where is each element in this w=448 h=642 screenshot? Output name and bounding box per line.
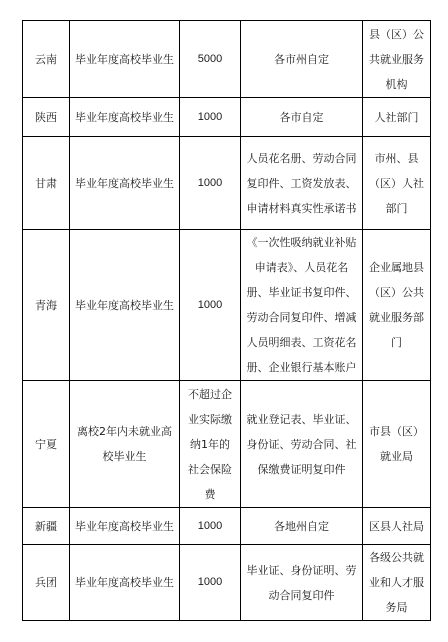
province-cell: 云南 bbox=[23, 21, 70, 98]
department-cell: 各级公共就业和人才服务局 bbox=[363, 545, 431, 621]
department-cell: 人社部门 bbox=[363, 98, 431, 137]
table-row-yunnan: 云南 毕业年度高校毕业生 5000 各市州自定 县（区）公共就业服务机构 bbox=[23, 21, 431, 98]
target-cell: 毕业年度高校毕业生 bbox=[70, 98, 180, 137]
department-cell: 市州、县（区）人社部门 bbox=[363, 137, 431, 230]
province-cell: 陕西 bbox=[23, 98, 70, 137]
table-row-ningxia: 宁夏 离校2年内未就业高校毕业生 不超过企业实际缴纳1年的社会保险费 就业登记表… bbox=[23, 381, 431, 508]
table-row-shaanxi: 陕西 毕业年度高校毕业生 1000 各市自定 人社部门 bbox=[23, 98, 431, 137]
target-cell: 毕业年度高校毕业生 bbox=[70, 545, 180, 621]
amount-cell: 1000 bbox=[180, 508, 241, 545]
province-cell: 青海 bbox=[23, 230, 70, 381]
subsidy-policy-table: 云南 毕业年度高校毕业生 5000 各市州自定 县（区）公共就业服务机构 陕西 … bbox=[22, 20, 431, 621]
province-cell: 甘肃 bbox=[23, 137, 70, 230]
target-cell: 毕业年度高校毕业生 bbox=[70, 508, 180, 545]
materials-cell: 各地州自定 bbox=[241, 508, 363, 545]
department-cell: 县（区）公共就业服务机构 bbox=[363, 21, 431, 98]
department-cell: 区县人社局 bbox=[363, 508, 431, 545]
amount-cell: 1000 bbox=[180, 545, 241, 621]
table-row-qinghai: 青海 毕业年度高校毕业生 1000 《一次性吸纳就业补贴申请表》、人员花名册、毕… bbox=[23, 230, 431, 381]
table-row-gansu: 甘肃 毕业年度高校毕业生 1000 人员花名册、劳动合同复印件、工资发放表、申请… bbox=[23, 137, 431, 230]
department-cell: 企业属地县（区）公共就业服务部门 bbox=[363, 230, 431, 381]
amount-cell: 1000 bbox=[180, 98, 241, 137]
materials-cell: 各市州自定 bbox=[241, 21, 363, 98]
materials-cell: 毕业证、身份证明、劳动合同复印件 bbox=[241, 545, 363, 621]
amount-cell: 1000 bbox=[180, 137, 241, 230]
amount-cell: 5000 bbox=[180, 21, 241, 98]
target-cell: 毕业年度高校毕业生 bbox=[70, 137, 180, 230]
province-cell: 兵团 bbox=[23, 545, 70, 621]
amount-cell: 不超过企业实际缴纳1年的社会保险费 bbox=[180, 381, 241, 508]
target-cell: 毕业年度高校毕业生 bbox=[70, 230, 180, 381]
table-row-bingtuan: 兵团 毕业年度高校毕业生 1000 毕业证、身份证明、劳动合同复印件 各级公共就… bbox=[23, 545, 431, 621]
target-cell: 离校2年内未就业高校毕业生 bbox=[70, 381, 180, 508]
materials-cell: 人员花名册、劳动合同复印件、工资发放表、申请材料真实性承诺书 bbox=[241, 137, 363, 230]
table-row-xinjiang: 新疆 毕业年度高校毕业生 1000 各地州自定 区县人社局 bbox=[23, 508, 431, 545]
materials-cell: 各市自定 bbox=[241, 98, 363, 137]
materials-cell: 《一次性吸纳就业补贴申请表》、人员花名册、毕业证书复印件、劳动合同复印件、增减人… bbox=[241, 230, 363, 381]
province-cell: 新疆 bbox=[23, 508, 70, 545]
province-cell: 宁夏 bbox=[23, 381, 70, 508]
department-cell: 市县（区）就业局 bbox=[363, 381, 431, 508]
amount-cell: 1000 bbox=[180, 230, 241, 381]
target-cell: 毕业年度高校毕业生 bbox=[70, 21, 180, 98]
materials-cell: 就业登记表、毕业证、身份证、劳动合同、社保缴费证明复印件 bbox=[241, 381, 363, 508]
